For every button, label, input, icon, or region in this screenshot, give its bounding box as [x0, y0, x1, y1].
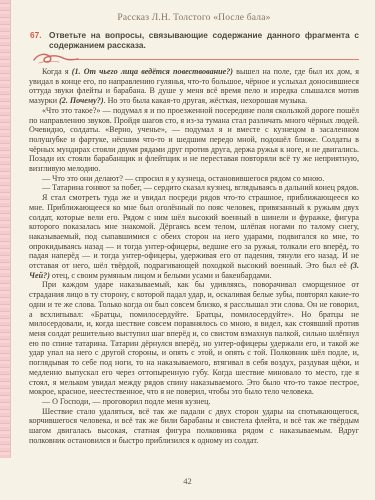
flourish-icon — [33, 51, 79, 65]
embedded-question: (2. Почему?) — [59, 96, 103, 105]
passage-paragraph: При каждом ударе наказываемый, как бы уд… — [29, 280, 359, 396]
page-edge-decoration — [0, 0, 11, 458]
passage-text: При каждом ударе наказываемый, как бы уд… — [29, 280, 359, 396]
passage-text: отец, с своим румяным лицом и белыми уса… — [50, 271, 272, 280]
passage-paragraph: Я стал смотреть туда же и увидал посреди… — [29, 193, 359, 280]
book-page: { "page": { "header": "Рассказ Л.Н. Толс… — [0, 0, 375, 500]
passage-text: Когда я — [42, 67, 72, 76]
passage-paragraph: Когда я (1. От чьего лица ведётся повест… — [29, 67, 359, 106]
red-rule — [77, 59, 359, 60]
passage-text: . Но это была какая-то другая, жёсткая, … — [104, 96, 308, 105]
embedded-question: (1. От чьего лица ведётся повествование?… — [72, 67, 233, 76]
passage: Когда я (1. От чьего лица ведётся повест… — [29, 67, 359, 445]
passage-text: — Что это они делают? — спросил я у кузн… — [42, 174, 324, 183]
passage-paragraph: — Что это они делают? — спросил я у кузн… — [29, 174, 359, 184]
passage-text: Я стал смотреть туда же и увидал посреди… — [29, 193, 359, 270]
task-block: 67. Ответьте на вопросы, связывающие сод… — [30, 30, 359, 50]
passage-paragraph: — Татарина гоняют за побег, — сердито ск… — [29, 183, 359, 193]
passage-text: — Татарина гоняют за побег, — сердито ск… — [42, 183, 359, 192]
passage-text: — О Господи, — проговорил подле меня куз… — [42, 397, 210, 406]
page-number: 42 — [0, 476, 375, 486]
page-header: Рассказ Л.Н. Толстого «После бала» — [30, 13, 358, 23]
ornament-row — [33, 51, 359, 65]
passage-text: «Что это такое?» — подумал я и по проезж… — [29, 106, 359, 173]
task-number: 67. — [30, 30, 46, 50]
passage-paragraph: «Что это такое?» — подумал я и по проезж… — [29, 106, 359, 174]
passage-paragraph: — О Господи, — проговорил подле меня куз… — [29, 397, 359, 407]
task-text: Ответьте на вопросы, связывающие содержа… — [49, 30, 359, 50]
passage-paragraph: Шествие стало удаляться, всё так же пада… — [29, 407, 359, 446]
passage-text: Шествие стало удаляться, всё так же пада… — [29, 407, 359, 445]
